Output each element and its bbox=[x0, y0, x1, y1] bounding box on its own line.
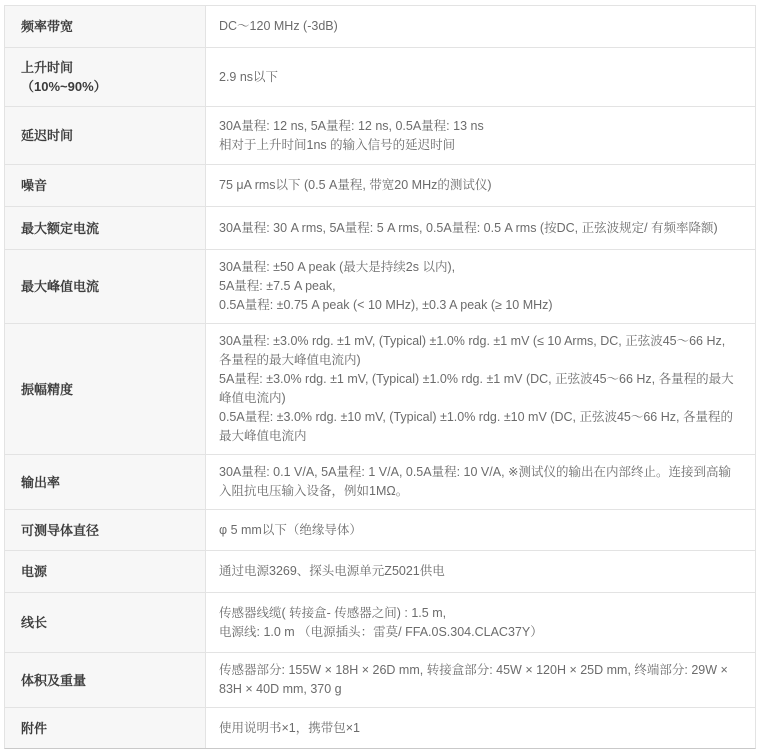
spec-value: φ 5 mm以下（绝缘导体） bbox=[206, 510, 755, 550]
spec-value: 30A量程: 0.1 V/A, 5A量程: 1 V/A, 0.5A量程: 10 … bbox=[206, 455, 755, 509]
table-row-amplitude-accuracy: 振幅精度 30A量程: ±3.0% rdg. ±1 mV, (Typical) … bbox=[5, 324, 755, 455]
spec-label: 振幅精度 bbox=[5, 324, 206, 454]
table-row-max-rated-current: 最大额定电流 30A量程: 30 A rms, 5A量程: 5 A rms, 0… bbox=[5, 207, 755, 250]
spec-value: 2.9 ns以下 bbox=[206, 48, 755, 106]
spec-label: 最大峰值电流 bbox=[5, 250, 206, 323]
table-row-accessories: 附件 使用说明书×1，携带包×1 bbox=[5, 708, 755, 720]
spec-label: 最大额定电流 bbox=[5, 207, 206, 249]
spec-value: 传感器线缆( 转接盒- 传感器之间) : 1.5 m, 电源线: 1.0 m （… bbox=[206, 593, 755, 652]
spec-label: 上升时间 （10%~90%） bbox=[5, 48, 206, 106]
spec-label: 可测导体直径 bbox=[5, 510, 206, 550]
table-row-dimensions-weight: 体积及重量 传感器部分: 155W × 18H × 26D mm, 转接盒部分:… bbox=[5, 653, 755, 708]
spec-value: 30A量程: 30 A rms, 5A量程: 5 A rms, 0.5A量程: … bbox=[206, 207, 755, 249]
table-row-max-peak-current: 最大峰值电流 30A量程: ±50 A peak (最大是持续2s 以内), 5… bbox=[5, 250, 755, 324]
table-row-frequency-bandwidth: 频率带宽 DC～120 MHz (-3dB) bbox=[5, 6, 755, 48]
spec-value: DC～120 MHz (-3dB) bbox=[206, 6, 755, 47]
spec-label: 延迟时间 bbox=[5, 107, 206, 164]
spec-label: 输出率 bbox=[5, 455, 206, 509]
table-row-output-rate: 输出率 30A量程: 0.1 V/A, 5A量程: 1 V/A, 0.5A量程:… bbox=[5, 455, 755, 510]
spec-value: 75 μA rms以下 (0.5 A量程, 带宽20 MHz的测试仪) bbox=[206, 165, 755, 206]
spec-value: 通过电源3269、探头电源单元Z5021供电 bbox=[206, 551, 755, 592]
spec-label: 体积及重量 bbox=[5, 653, 206, 707]
table-row-delay-time: 延迟时间 30A量程: 12 ns, 5A量程: 12 ns, 0.5A量程: … bbox=[5, 107, 755, 165]
spec-value: 使用说明书×1，携带包×1 bbox=[206, 708, 755, 720]
table-row-conductor-diameter: 可测导体直径 φ 5 mm以下（绝缘导体） bbox=[5, 510, 755, 551]
spec-value: 30A量程: ±3.0% rdg. ±1 mV, (Typical) ±1.0%… bbox=[206, 324, 755, 454]
table-row-noise: 噪音 75 μA rms以下 (0.5 A量程, 带宽20 MHz的测试仪) bbox=[5, 165, 755, 207]
table-row-cable-length: 线长 传感器线缆( 转接盒- 传感器之间) : 1.5 m, 电源线: 1.0 … bbox=[5, 593, 755, 653]
table-row-rise-time: 上升时间 （10%~90%） 2.9 ns以下 bbox=[5, 48, 755, 107]
spec-table: 频率带宽 DC～120 MHz (-3dB) 上升时间 （10%~90%） 2.… bbox=[4, 5, 756, 720]
spec-label: 线长 bbox=[5, 593, 206, 652]
spec-label: 电源 bbox=[5, 551, 206, 592]
spec-label: 噪音 bbox=[5, 165, 206, 206]
spec-value: 传感器部分: 155W × 18H × 26D mm, 转接盒部分: 45W ×… bbox=[206, 653, 755, 707]
spec-label: 频率带宽 bbox=[5, 6, 206, 47]
table-row-power-supply: 电源 通过电源3269、探头电源单元Z5021供电 bbox=[5, 551, 755, 593]
spec-value: 30A量程: 12 ns, 5A量程: 12 ns, 0.5A量程: 13 ns… bbox=[206, 107, 755, 164]
spec-label: 附件 bbox=[5, 708, 206, 720]
spec-value: 30A量程: ±50 A peak (最大是持续2s 以内), 5A量程: ±7… bbox=[206, 250, 755, 323]
